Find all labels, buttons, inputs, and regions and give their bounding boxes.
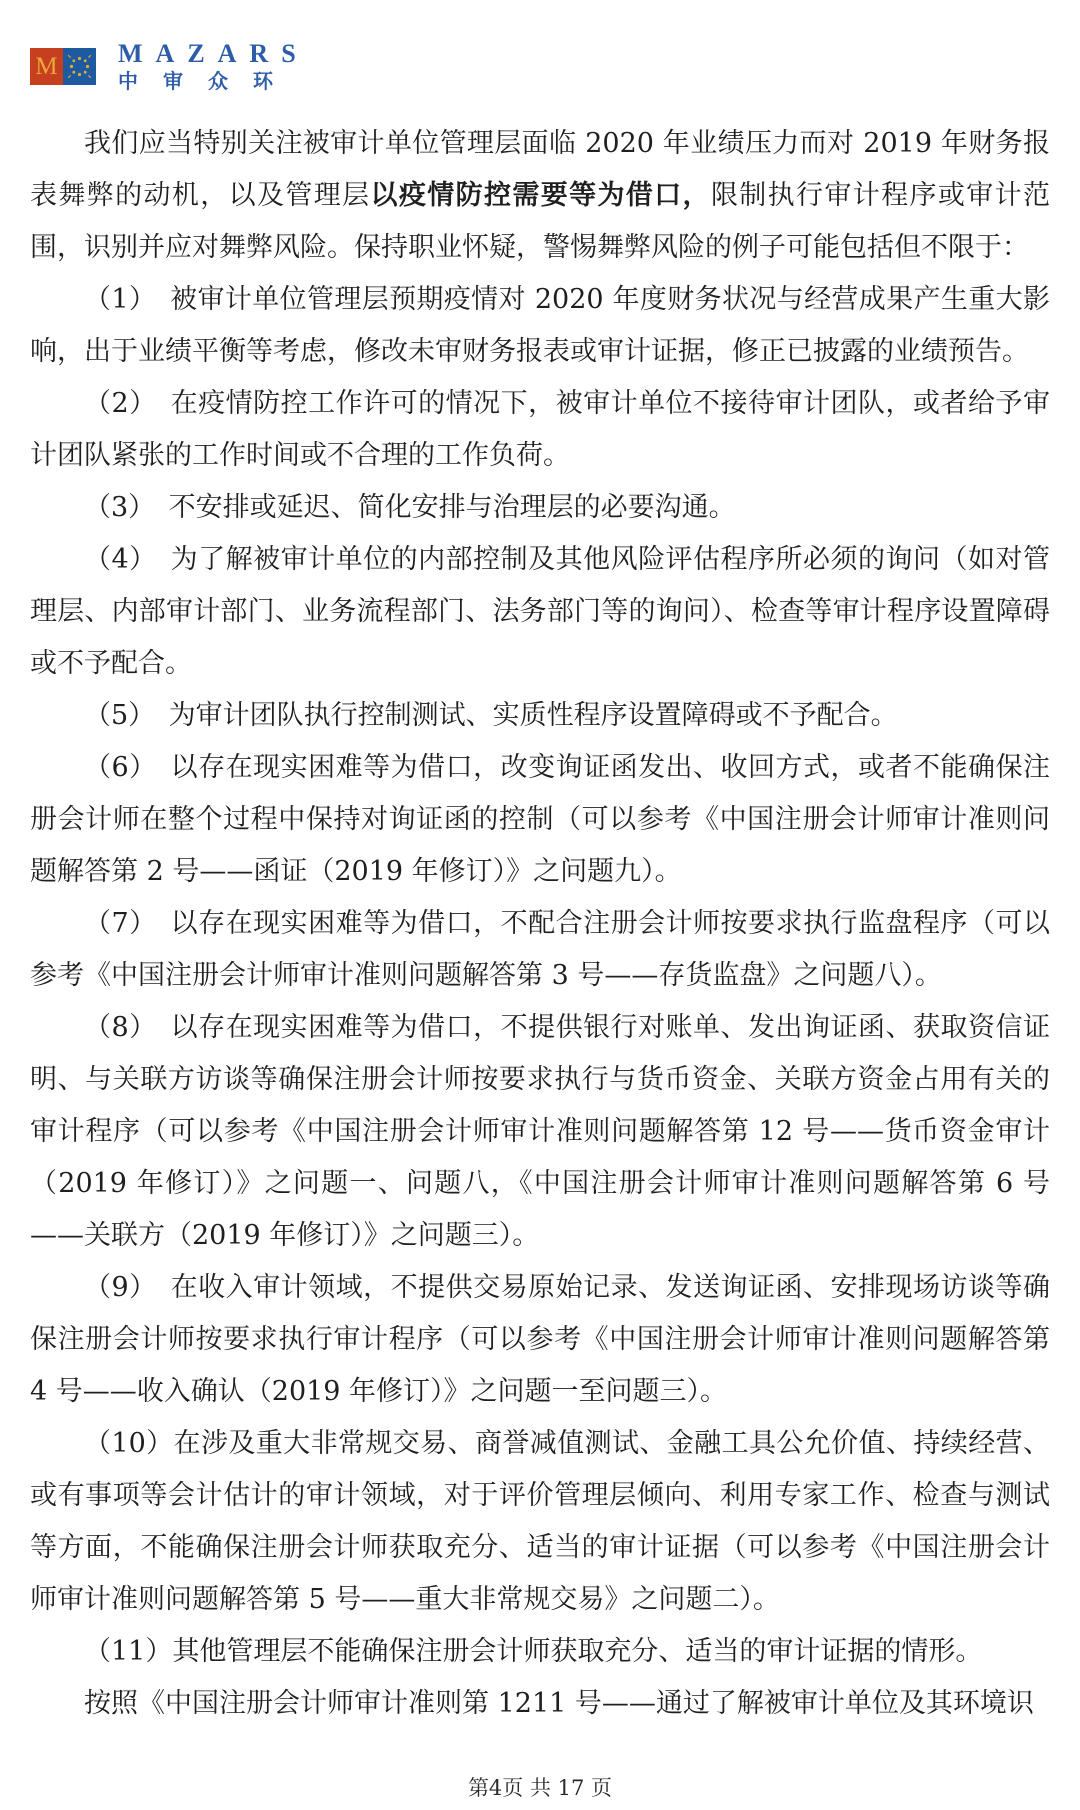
paragraph: （3） 不安排或延迟、简化安排与治理层的必要沟通。 <box>30 482 1050 534</box>
document-page: M <box>0 0 1080 1810</box>
logo-monogram-icon: M <box>30 48 63 85</box>
paragraph: （9） 在收入审计领域，不提供交易原始记录、发送询证函、安排现场访谈等确保注册会… <box>30 1262 1050 1418</box>
paragraph: （4） 为了解被审计单位的内部控制及其他风险评估程序所必须的询问（如对管理层、内… <box>30 534 1050 690</box>
paragraph: 我们应当特别关注被审计单位管理层面临 2020 年业绩压力而对 2019 年财务… <box>30 118 1050 274</box>
text-run: （2） 在疫情防控工作许可的情况下，被审计单位不接待审计团队，或者给予审计团队紧… <box>30 388 1050 471</box>
page-number: 第4页 共 17 页 <box>468 1776 612 1800</box>
logo-text: MAZARS 中审众环 <box>118 40 309 92</box>
text-run: （3） 不安排或延迟、简化安排与治理层的必要沟通。 <box>84 492 736 523</box>
paragraph: （10）在涉及重大非常规交易、商誉减值测试、金融工具公允价值、持续经营、或有事项… <box>30 1418 1050 1626</box>
logo-monogram-letter: M <box>35 54 57 79</box>
text-run: （1） 被审计单位管理层预期疫情对 2020 年度财务状况与经营成果产生重大影响… <box>30 284 1050 367</box>
paragraph: （6） 以存在现实困难等为借口，改变询证函发出、收回方式，或者不能确保注册会计师… <box>30 742 1050 898</box>
paragraph: （5） 为审计团队执行控制测试、实质性程序设置障碍或不予配合。 <box>30 690 1050 742</box>
page-footer: 第4页 共 17 页 <box>0 1772 1080 1802</box>
text-run: （6） 以存在现实困难等为借口，改变询证函发出、收回方式，或者不能确保注册会计师… <box>30 752 1050 887</box>
paragraph: （11）其他管理层不能确保注册会计师获取充分、适当的审计证据的情形。 <box>30 1626 1050 1678</box>
text-run: 按照《中国注册会计师审计准则第 1211 号——通过了解被审计单位及其环境识 <box>84 1688 1034 1719</box>
header: M <box>0 0 1080 92</box>
paragraph: 按照《中国注册会计师审计准则第 1211 号——通过了解被审计单位及其环境识 <box>30 1678 1050 1730</box>
logo-star-dots-icon <box>63 48 96 85</box>
paragraph: （8） 以存在现实困难等为借口，不提供银行对账单、发出询证函、获取资信证明、与关… <box>30 1002 1050 1262</box>
text-run: （7） 以存在现实困难等为借口，不配合注册会计师按要求执行监盘程序（可以参考《中… <box>30 908 1050 991</box>
brand-name-en: MAZARS <box>118 40 309 67</box>
paragraph: （7） 以存在现实困难等为借口，不配合注册会计师按要求执行监盘程序（可以参考《中… <box>30 898 1050 1002</box>
text-run: （5） 为审计团队执行控制测试、实质性程序设置障碍或不予配合。 <box>84 700 898 731</box>
paragraph: （1） 被审计单位管理层预期疫情对 2020 年度财务状况与经营成果产生重大影响… <box>30 274 1050 378</box>
text-run: （8） 以存在现实困难等为借口，不提供银行对账单、发出询证函、获取资信证明、与关… <box>30 1012 1050 1251</box>
document-body: 我们应当特别关注被审计单位管理层面临 2020 年业绩压力而对 2019 年财务… <box>30 118 1050 1730</box>
text-run: （9） 在收入审计领域，不提供交易原始记录、发送询证函、安排现场访谈等确保注册会… <box>30 1272 1050 1407</box>
mazars-logo: M <box>30 40 1080 92</box>
text-run: （10）在涉及重大非常规交易、商誉减值测试、金融工具公允价值、持续经营、或有事项… <box>30 1428 1050 1615</box>
mazars-logo-mark-icon: M <box>30 48 96 85</box>
brand-name-cn: 中审众环 <box>118 70 309 92</box>
paragraph: （2） 在疫情防控工作许可的情况下，被审计单位不接待审计团队，或者给予审计团队紧… <box>30 378 1050 482</box>
emphasized-text: 以疫情防控需要等为借口， <box>370 180 710 211</box>
text-run: （11）其他管理层不能确保注册会计师获取充分、适当的审计证据的情形。 <box>84 1636 982 1667</box>
text-run: （4） 为了解被审计单位的内部控制及其他风险评估程序所必须的询问（如对管理层、内… <box>30 544 1050 679</box>
